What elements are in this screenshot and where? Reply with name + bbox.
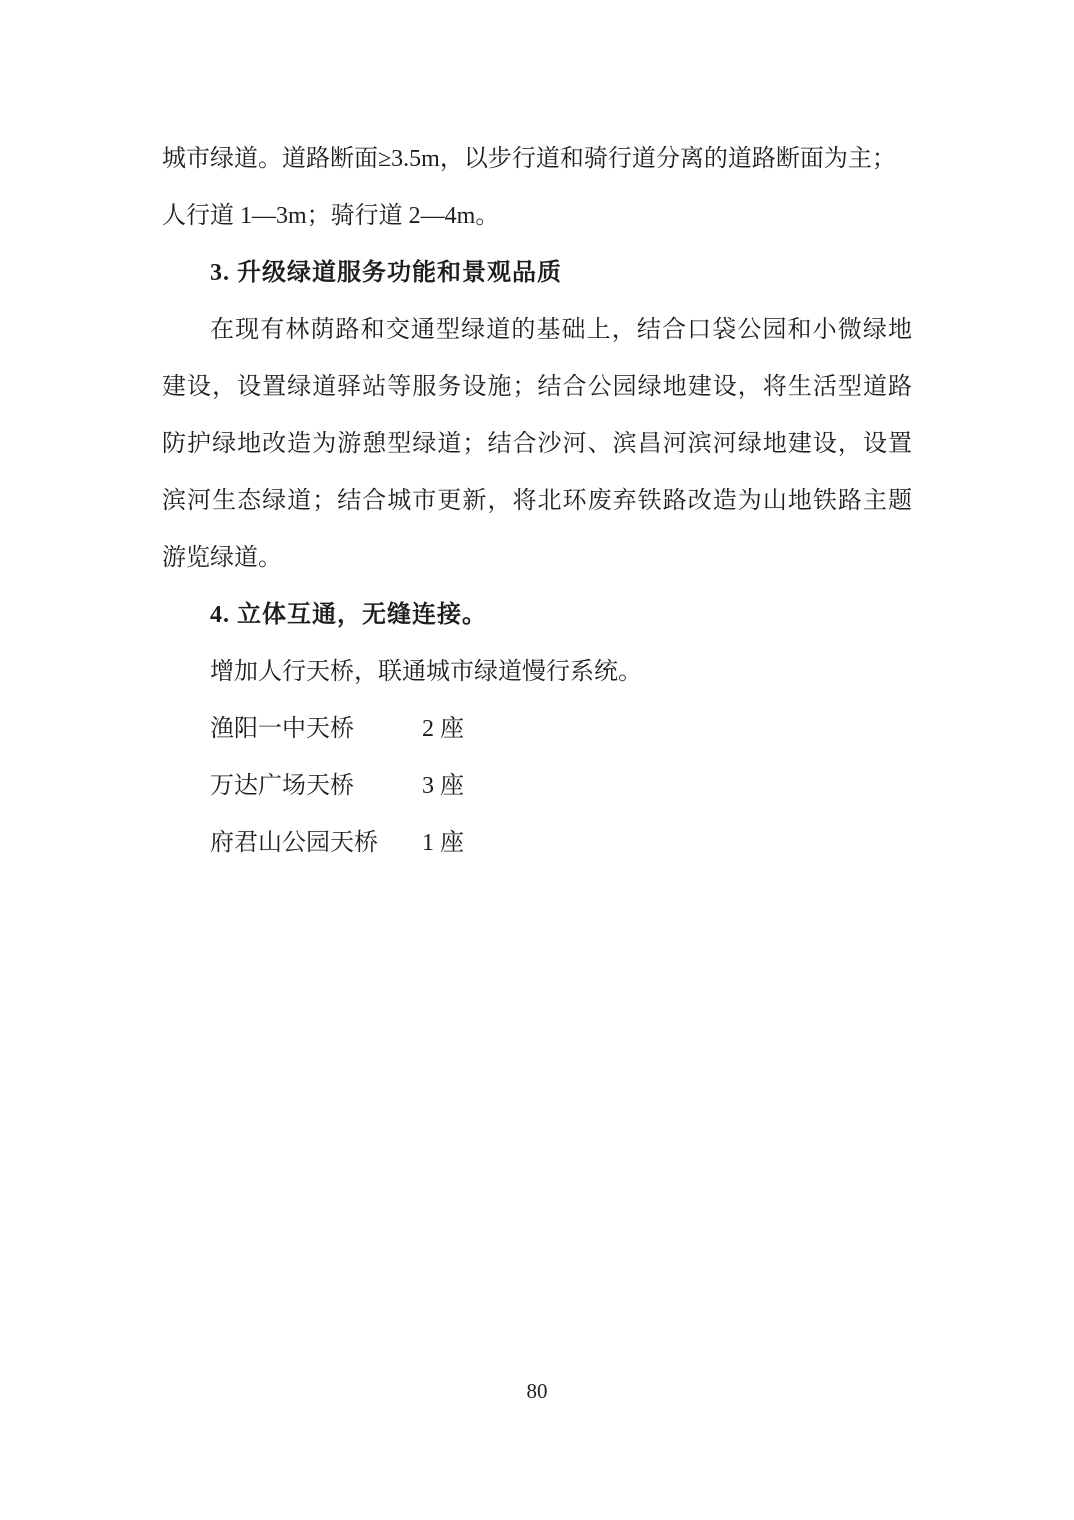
section-3-heading: 3. 升级绿道服务功能和景观品质	[162, 245, 912, 302]
bridge-name: 府君山公园天桥	[210, 815, 422, 872]
bridge-row: 府君山公园天桥1 座	[162, 815, 912, 872]
paragraph-line: 人行道 1—3m；骑行道 2—4m。	[162, 188, 912, 245]
bridge-name: 渔阳一中天桥	[210, 701, 422, 758]
bridge-count: 1 座	[422, 830, 464, 856]
section-4-intro: 增加人行天桥，联通城市绿道慢行系统。	[162, 644, 912, 701]
page-number: 80	[0, 1378, 1074, 1404]
paragraph-line: 在现有林荫路和交通型绿道的基础上，结合口袋公园和小微绿地	[162, 302, 912, 359]
bridge-row: 渔阳一中天桥2 座	[162, 701, 912, 758]
paragraph-line: 滨河生态绿道；结合城市更新，将北环废弃铁路改造为山地铁路主题	[162, 473, 912, 530]
document-page: 城市绿道。道路断面≥3.5m，以步行道和骑行道分离的道路断面为主； 人行道 1—…	[0, 0, 1074, 1520]
bridge-list: 渔阳一中天桥2 座 万达广场天桥3 座 府君山公园天桥1 座	[162, 701, 912, 872]
paragraph-continuation: 城市绿道。道路断面≥3.5m，以步行道和骑行道分离的道路断面为主； 人行道 1—…	[162, 131, 912, 245]
page-content: 城市绿道。道路断面≥3.5m，以步行道和骑行道分离的道路断面为主； 人行道 1—…	[162, 131, 912, 872]
bridge-name: 万达广场天桥	[210, 758, 422, 815]
section-4-heading: 4. 立体互通，无缝连接。	[162, 587, 912, 644]
paragraph-line: 游览绿道。	[162, 530, 912, 587]
paragraph-line: 防护绿地改造为游憩型绿道；结合沙河、滨昌河滨河绿地建设，设置	[162, 416, 912, 473]
paragraph-line: 建设，设置绿道驿站等服务设施；结合公园绿地建设，将生活型道路	[162, 359, 912, 416]
bridge-count: 3 座	[422, 773, 464, 799]
bridge-count: 2 座	[422, 716, 464, 742]
paragraph-line: 城市绿道。道路断面≥3.5m，以步行道和骑行道分离的道路断面为主；	[162, 131, 912, 188]
bridge-row: 万达广场天桥3 座	[162, 758, 912, 815]
section-3-paragraph: 在现有林荫路和交通型绿道的基础上，结合口袋公园和小微绿地 建设，设置绿道驿站等服…	[162, 302, 912, 587]
